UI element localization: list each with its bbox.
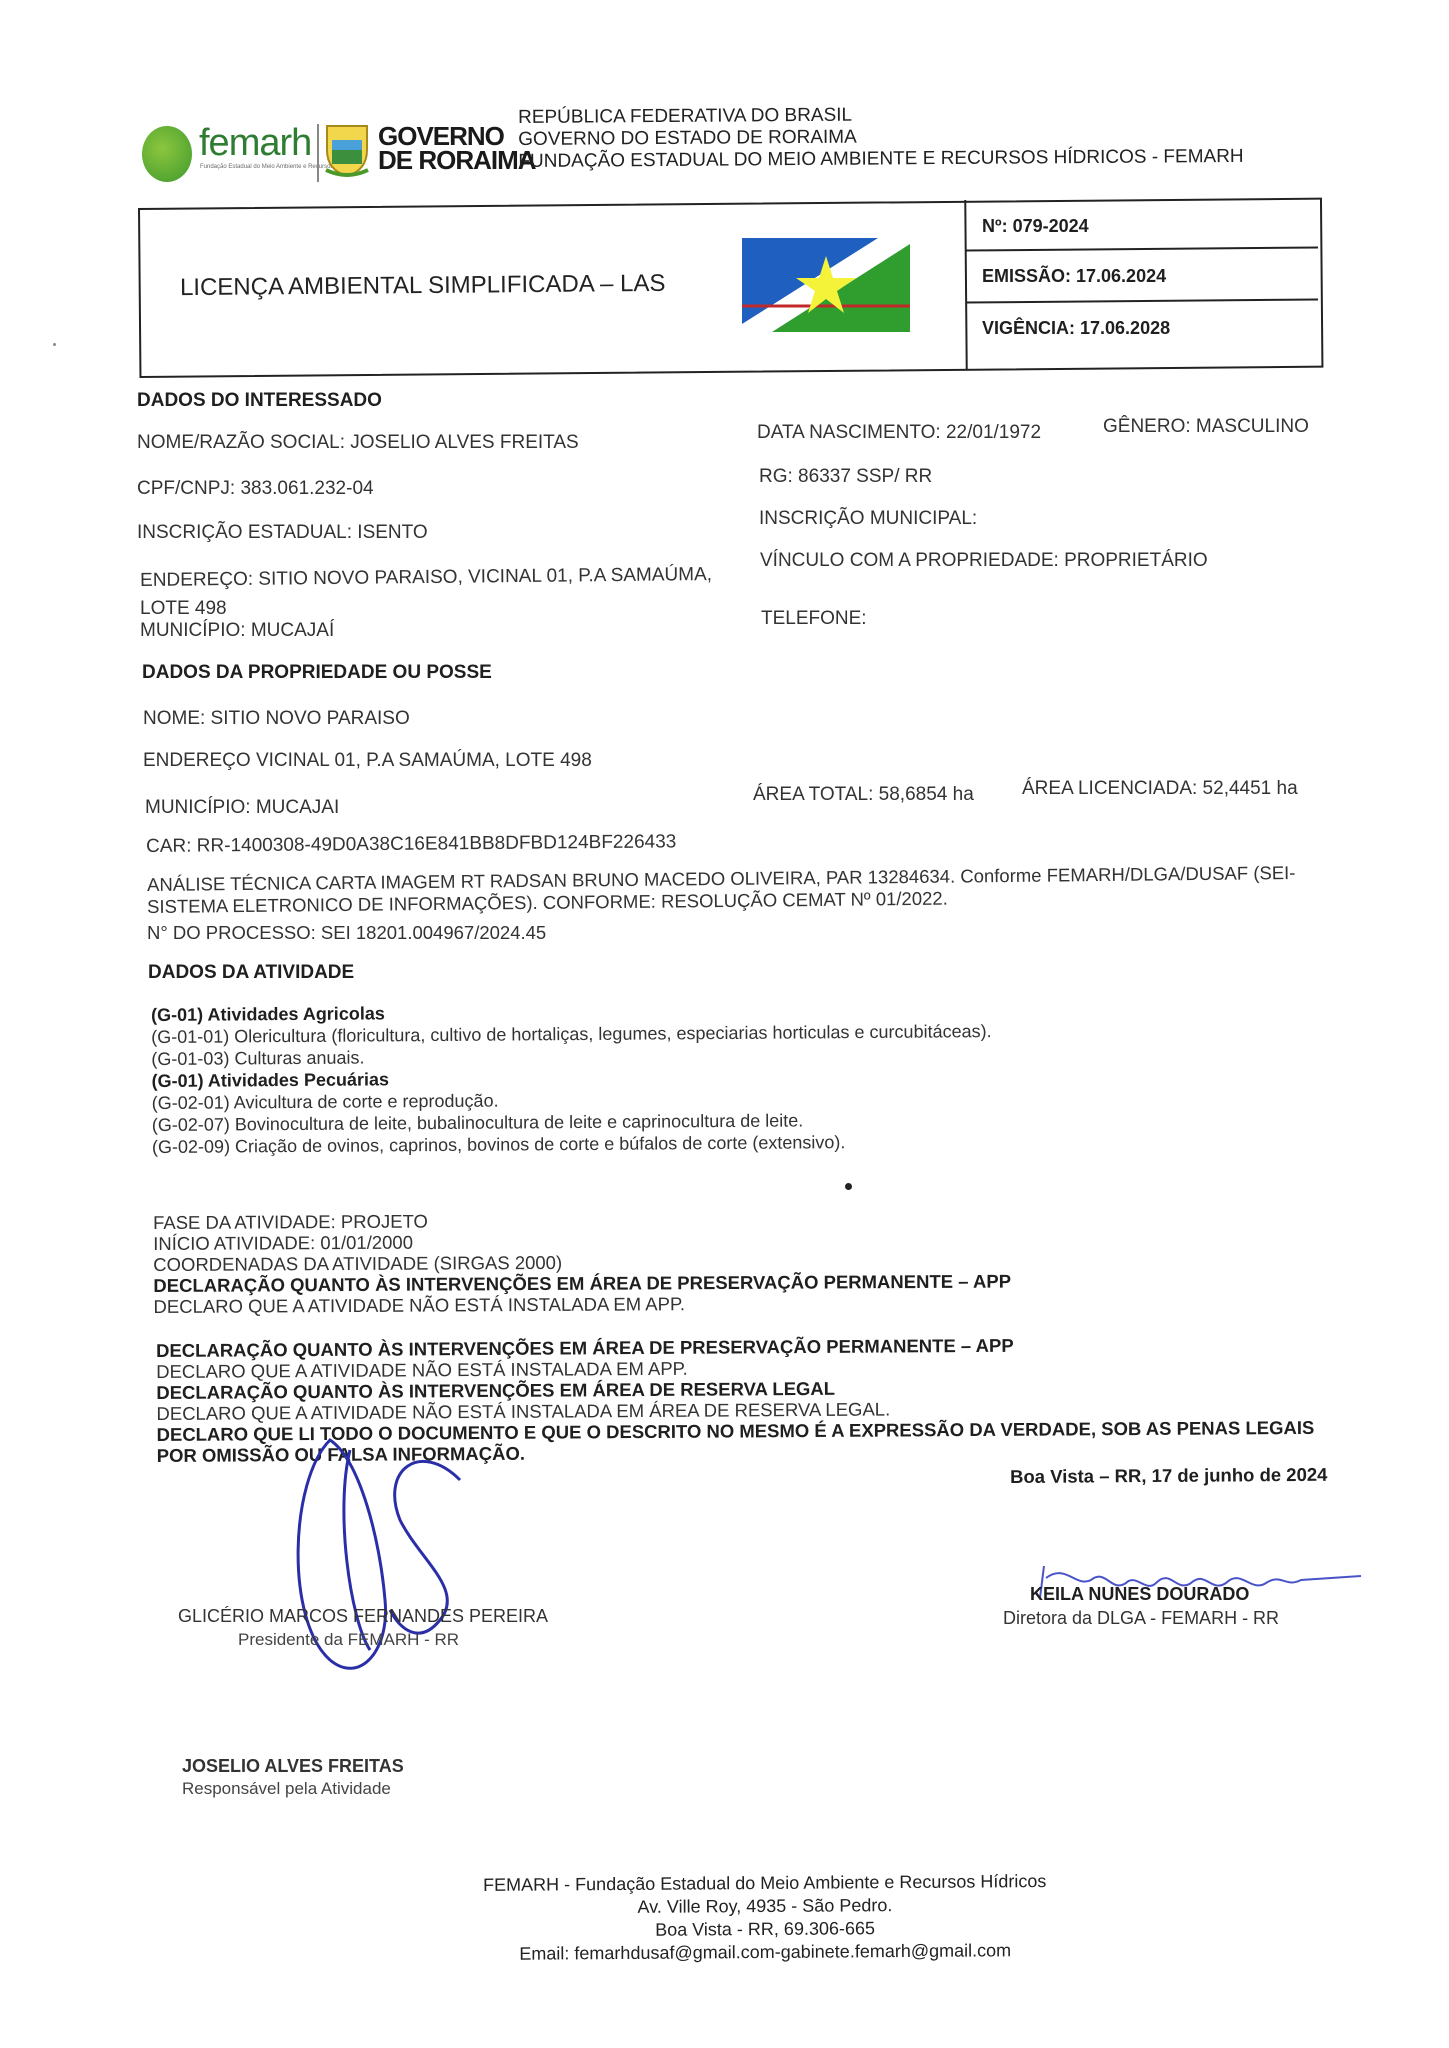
section-heading-propriedade: DADOS DA PROPRIEDADE OU POSSE <box>142 662 492 684</box>
section-heading-interessado: DADOS DO INTERESSADO <box>137 390 382 412</box>
interessado-cpf: CPF/CNPJ: 383.061.232-04 <box>137 478 374 500</box>
footer-email: Email: femarhdusaf@gmail.com-gabinete.fe… <box>440 1939 1090 1967</box>
interessado-rg: RG: 86337 SSP/ RR <box>759 466 932 488</box>
interessado-data-nascimento: DATA NASCIMENTO: 22/01/1972 <box>757 422 1041 444</box>
presidente-nome: GLICÉRIO MARCOS FERNANDES PEREIRA <box>178 1606 548 1627</box>
roraima-crest-icon <box>324 120 370 178</box>
presidente-cargo: Presidente da FEMARH - RR <box>238 1630 459 1650</box>
declaracoes-block-2: DECLARAÇÃO QUANTO ÀS INTERVENÇÕES EM ÁRE… <box>156 1333 1315 1466</box>
header-line-3: FUNDAÇÃO ESTADUAL DO MEIO AMBIENTE E REC… <box>518 146 1243 173</box>
declaracao-app-heading: DECLARAÇÃO QUANTO ÀS INTERVENÇÕES EM ÁRE… <box>153 1271 1011 1296</box>
propriedade-area-licenciada: ÁREA LICENCIADA: 52,4451 ha <box>1022 778 1298 800</box>
activity-item: (G-02-09) Criação de ovinos, caprinos, b… <box>152 1130 992 1158</box>
responsavel-nome: JOSELIO ALVES FREITAS <box>182 1756 404 1777</box>
propriedade-area-total: ÁREA TOTAL: 58,6854 ha <box>753 784 974 806</box>
diretora-nome: KEILA NUNES DOURADO <box>1030 1584 1249 1605</box>
declaracao-app-text: DECLARO QUE A ATIVIDADE NÃO ESTÁ INSTALA… <box>153 1292 1011 1317</box>
interessado-municipio: MUNICÍPIO: MUCAJAÍ <box>140 620 334 642</box>
interessado-telefone: TELEFONE: <box>761 608 867 630</box>
interessado-genero: GÊNERO: MASCULINO <box>1103 416 1309 438</box>
interessado-endereco-lote: LOTE 498 <box>140 598 227 620</box>
propriedade-municipio: MUNICÍPIO: MUCAJAI <box>145 797 339 819</box>
footer: FEMARH - Fundação Estadual do Meio Ambie… <box>440 1870 1091 1967</box>
license-title: LICENÇA AMBIENTAL SIMPLIFICADA – LAS <box>180 270 666 302</box>
local-and-date: Boa Vista – RR, 17 de junho de 2024 <box>1010 1464 1328 1488</box>
interessado-nome: NOME/RAZÃO SOCIAL: JOSELIO ALVES FREITAS <box>137 432 579 454</box>
femarh-leaf-logo-icon <box>142 126 192 182</box>
interessado-inscricao-estadual: INSCRIÇÃO ESTADUAL: ISENTO <box>137 522 428 544</box>
numero-processo: N° DO PROCESSO: SEI 18201.004967/2024.45 <box>147 922 546 944</box>
ink-speck <box>53 343 56 346</box>
propriedade-car: CAR: RR-1400308-49D0A38C16E841BB8DFBD124… <box>146 831 676 858</box>
propriedade-nome: NOME: SITIO NOVO PARAISO <box>143 708 410 730</box>
declaracoes-block: FASE DA ATIVIDADE: PROJETO INÍCIO ATIVID… <box>153 1208 1011 1317</box>
roraima-flag-icon <box>742 234 910 332</box>
responsavel-cargo: Responsável pela Atividade <box>182 1779 391 1799</box>
license-number: Nº: 079-2024 <box>982 216 1089 237</box>
governo-roraima-logo: GOVERNO DE RORAIMA <box>378 124 536 172</box>
gov-logo-line2: DE RORAIMA <box>378 148 536 172</box>
footer-institution: FEMARH - Fundação Estadual do Meio Ambie… <box>440 1870 1090 1898</box>
interessado-endereco: ENDEREÇO: SITIO NOVO PARAISO, VICINAL 01… <box>140 564 712 592</box>
interessado-vinculo: VÍNCULO COM A PROPRIEDADE: PROPRIETÁRIO <box>760 550 1208 572</box>
activity-list: (G-01) Atividades Agricolas (G-01-01) Ol… <box>151 998 992 1158</box>
license-issue-date: EMISSÃO: 17.06.2024 <box>982 266 1166 287</box>
section-heading-atividade: DADOS DA ATIVIDADE <box>148 962 354 984</box>
diretora-cargo: Diretora da DLGA - FEMARH - RR <box>1003 1608 1279 1629</box>
ink-speck <box>845 1183 852 1190</box>
femarh-logo-text: femarh <box>199 122 311 165</box>
license-validity-date: VIGÊNCIA: 17.06.2028 <box>982 318 1170 339</box>
interessado-inscricao-municipal: INSCRIÇÃO MUNICIPAL: <box>759 508 977 530</box>
logo-separator <box>317 124 319 182</box>
propriedade-endereco: ENDEREÇO VICINAL 01, P.A SAMAÚMA, LOTE 4… <box>143 750 592 772</box>
institution-header: REPÚBLICA FEDERATIVA DO BRASIL GOVERNO D… <box>518 102 1244 173</box>
